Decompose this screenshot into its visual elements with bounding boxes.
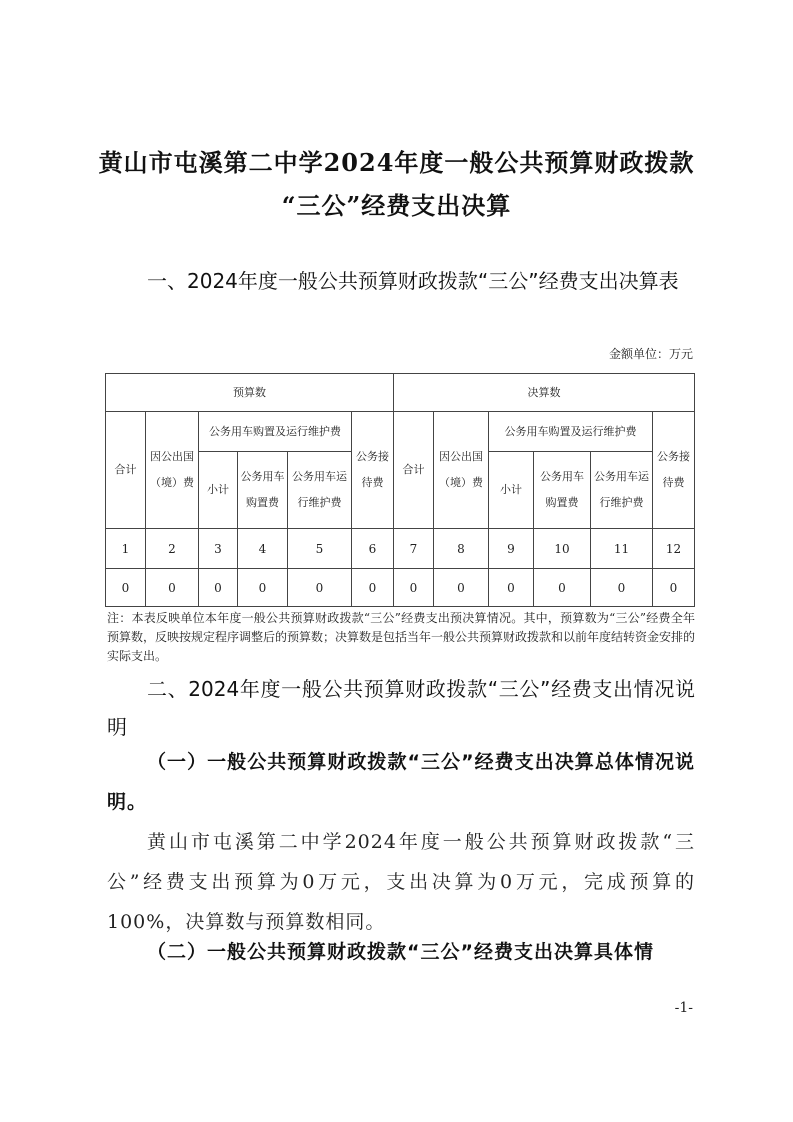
budget-vehicle-operation-header: 公务用车运行维护费 bbox=[288, 452, 352, 529]
page-number: -1- bbox=[675, 1000, 693, 1016]
final-total-header: 合计 bbox=[394, 412, 434, 529]
value-cell: 0 bbox=[146, 569, 199, 607]
index-cell: 1 bbox=[106, 529, 146, 569]
index-cell: 7 bbox=[394, 529, 434, 569]
three-public-expenses-table: 预算数 决算数 合计 因公出国（境）费 公务用车购置及运行维护费 公务接待费 合… bbox=[105, 373, 695, 607]
section1-heading: 一、2024年度一般公共预算财政拨款“三公”经费支出决算表 bbox=[107, 262, 695, 300]
value-cell: 0 bbox=[199, 569, 238, 607]
budget-group-header: 预算数 bbox=[106, 374, 394, 412]
value-cell: 0 bbox=[591, 569, 653, 607]
subsection1-heading: （一）一般公共预算财政拨款“三公”经费支出决算总体情况说明。 bbox=[107, 742, 695, 822]
budget-vehicle-purchase-header: 公务用车购置费 bbox=[238, 452, 288, 529]
final-subtotal-header: 小计 bbox=[489, 452, 534, 529]
final-abroad-header: 因公出国（境）费 bbox=[434, 412, 489, 529]
index-cell: 10 bbox=[534, 529, 591, 569]
index-cell: 4 bbox=[238, 529, 288, 569]
document-title-line2: “三公”经费支出决算 bbox=[0, 186, 793, 221]
value-cell: 0 bbox=[394, 569, 434, 607]
index-cell: 11 bbox=[591, 529, 653, 569]
index-cell: 2 bbox=[146, 529, 199, 569]
value-cell: 0 bbox=[106, 569, 146, 607]
subsection2-heading: （二）一般公共预算财政拨款“三公”经费支出决算具体情 bbox=[107, 932, 695, 972]
value-cell: 0 bbox=[489, 569, 534, 607]
budget-reception-header: 公务接待费 bbox=[352, 412, 394, 529]
budget-subtotal-header: 小计 bbox=[199, 452, 238, 529]
value-row: 0 0 0 0 0 0 0 0 0 0 0 0 bbox=[106, 569, 695, 607]
budget-total-header: 合计 bbox=[106, 412, 146, 529]
group-header-row: 预算数 决算数 bbox=[106, 374, 695, 412]
index-cell: 6 bbox=[352, 529, 394, 569]
index-row: 1 2 3 4 5 6 7 8 9 10 11 12 bbox=[106, 529, 695, 569]
index-cell: 9 bbox=[489, 529, 534, 569]
index-cell: 3 bbox=[199, 529, 238, 569]
final-vehicle-purchase-header: 公务用车购置费 bbox=[534, 452, 591, 529]
unit-label: 金额单位：万元 bbox=[609, 345, 693, 362]
value-cell: 0 bbox=[238, 569, 288, 607]
section2-heading: 二、2024年度一般公共预算财政拨款“三公”经费支出情况说明 bbox=[107, 670, 695, 746]
value-cell: 0 bbox=[534, 569, 591, 607]
subsection1-body: 黄山市屯溪第二中学2024年度一般公共预算财政拨款“三公”经费支出预算为0万元，… bbox=[107, 822, 695, 942]
final-group-header: 决算数 bbox=[394, 374, 695, 412]
document-title-line1: 黄山市屯溪第二中学2024年度一般公共预算财政拨款 bbox=[0, 143, 793, 178]
column-header-row-1: 合计 因公出国（境）费 公务用车购置及运行维护费 公务接待费 合计 因公出国（境… bbox=[106, 412, 695, 452]
budget-vehicle-group-header: 公务用车购置及运行维护费 bbox=[199, 412, 352, 452]
index-cell: 5 bbox=[288, 529, 352, 569]
table-note: 注：本表反映单位本年度一般公共预算财政拨款“三公”经费支出预决算情况。其中，预算… bbox=[107, 609, 695, 666]
value-cell: 0 bbox=[434, 569, 489, 607]
value-cell: 0 bbox=[653, 569, 695, 607]
value-cell: 0 bbox=[288, 569, 352, 607]
index-cell: 8 bbox=[434, 529, 489, 569]
value-cell: 0 bbox=[352, 569, 394, 607]
budget-abroad-header: 因公出国（境）费 bbox=[146, 412, 199, 529]
index-cell: 12 bbox=[653, 529, 695, 569]
final-vehicle-group-header: 公务用车购置及运行维护费 bbox=[489, 412, 653, 452]
final-vehicle-operation-header: 公务用车运行维护费 bbox=[591, 452, 653, 529]
final-reception-header: 公务接待费 bbox=[653, 412, 695, 529]
